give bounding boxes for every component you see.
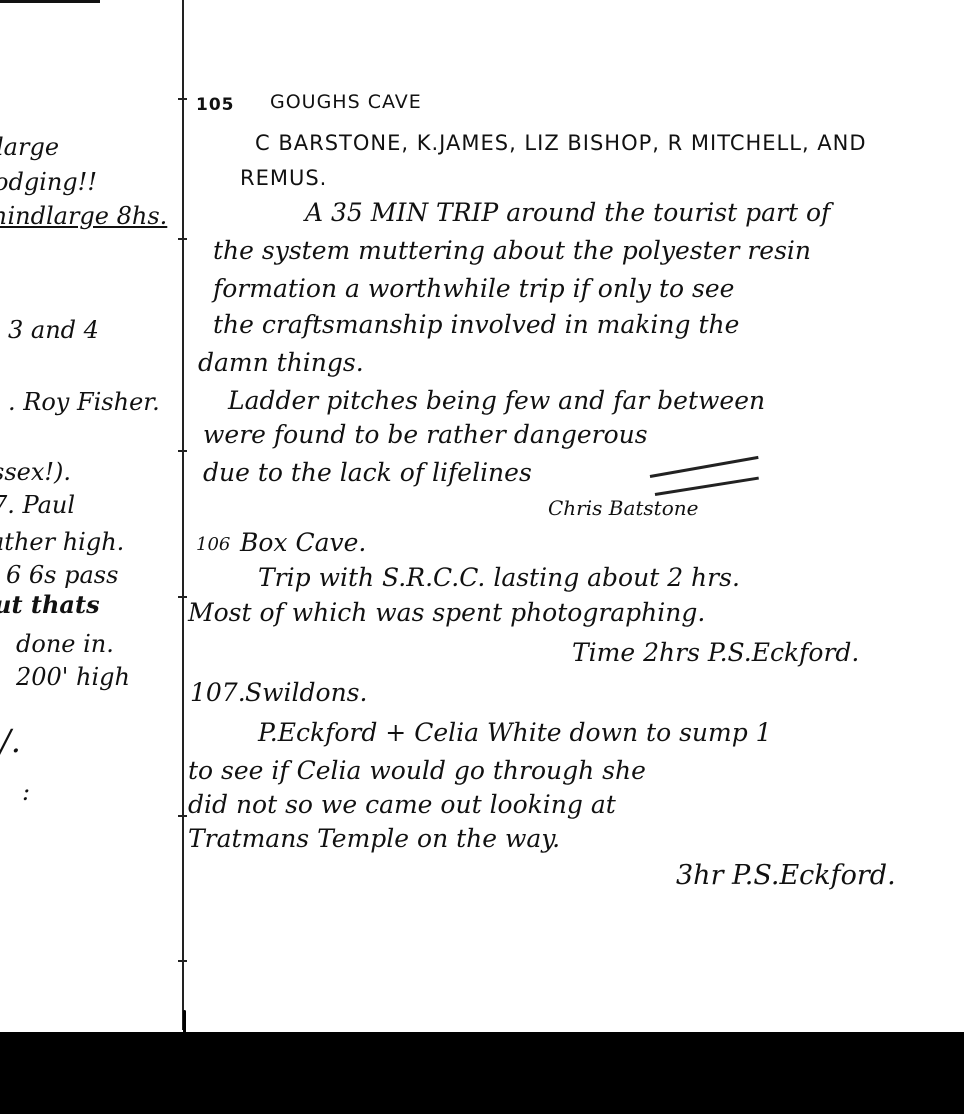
entry-signature: Time 2hrs P.S.Eckford. (572, 640, 859, 665)
left-line: : (22, 780, 30, 804)
left-line: ather high. (0, 530, 124, 554)
entry-title: GOUGHS CAVE (270, 93, 422, 112)
gutter-tick (178, 450, 187, 452)
entry-title: Swildons. (245, 680, 367, 705)
left-line: 3 and 4 (8, 318, 99, 342)
entry-title: Box Cave. (240, 530, 366, 555)
entry-body-line: Most of which was spent photographing. (188, 600, 705, 625)
gutter-tick (178, 596, 187, 598)
left-line: ssex!). (0, 460, 71, 484)
left-line: 200' high (16, 665, 130, 689)
scan-bottom-border (0, 1032, 964, 1114)
gutter-tick (178, 815, 187, 817)
gutter-tick (178, 238, 187, 240)
entry-body-line: damn things. (198, 350, 364, 375)
signature-flourish (655, 477, 759, 496)
entry-body-line: the system muttering about the polyester… (213, 238, 811, 263)
entry-body-line: Ladder pitches being few and far between (228, 388, 765, 413)
entry-number: 106 (196, 536, 230, 554)
entry-body-line: A 35 MIN TRIP around the tourist part of (305, 200, 830, 225)
entry-party: REMUS. (240, 168, 327, 189)
entry-number: 105 (196, 97, 235, 114)
entry-body-line: the craftsmanship involved in making the (213, 312, 739, 337)
left-line: /. (0, 725, 21, 757)
left-line: 7. Paul (0, 493, 75, 517)
left-line: ut thats (0, 593, 100, 617)
entry-body-line: due to the lack of lifelines (203, 460, 532, 485)
left-line: hindlarge 8hs. (0, 204, 167, 228)
entry-body-line: formation a worthwhile trip if only to s… (213, 276, 734, 301)
gutter-tick (178, 960, 187, 962)
entry-body-line: Tratmans Temple on the way. (188, 826, 560, 851)
scan-artifact (183, 1010, 186, 1034)
left-line: . Roy Fisher. (8, 390, 160, 414)
left-line: 6 6s pass (6, 563, 118, 587)
left-line: odging!! (0, 170, 97, 194)
entry-body-line: Trip with S.R.C.C. lasting about 2 hrs. (258, 565, 740, 590)
entry-number: 107. (190, 680, 246, 705)
gutter-tick (178, 98, 187, 100)
page-gutter (182, 0, 184, 1030)
entry-body-line: to see if Celia would go through she (188, 758, 646, 783)
entry-body-line: P.Eckford + Celia White down to sump 1 (258, 720, 772, 745)
page-top-edge (0, 0, 100, 3)
entry-body-line: were found to be rather dangerous (203, 422, 648, 447)
left-line: large (0, 135, 59, 159)
signature-flourish (650, 456, 759, 478)
left-line: done in. (16, 632, 114, 656)
entry-signature: Chris Batstone (548, 498, 698, 518)
entry-party: C BARSTONE, K.JAMES, LIZ BISHOP, R MITCH… (255, 133, 867, 154)
entry-body-line: did not so we came out looking at (188, 792, 616, 817)
entry-signature: 3hr P.S.Eckford. (676, 862, 896, 889)
